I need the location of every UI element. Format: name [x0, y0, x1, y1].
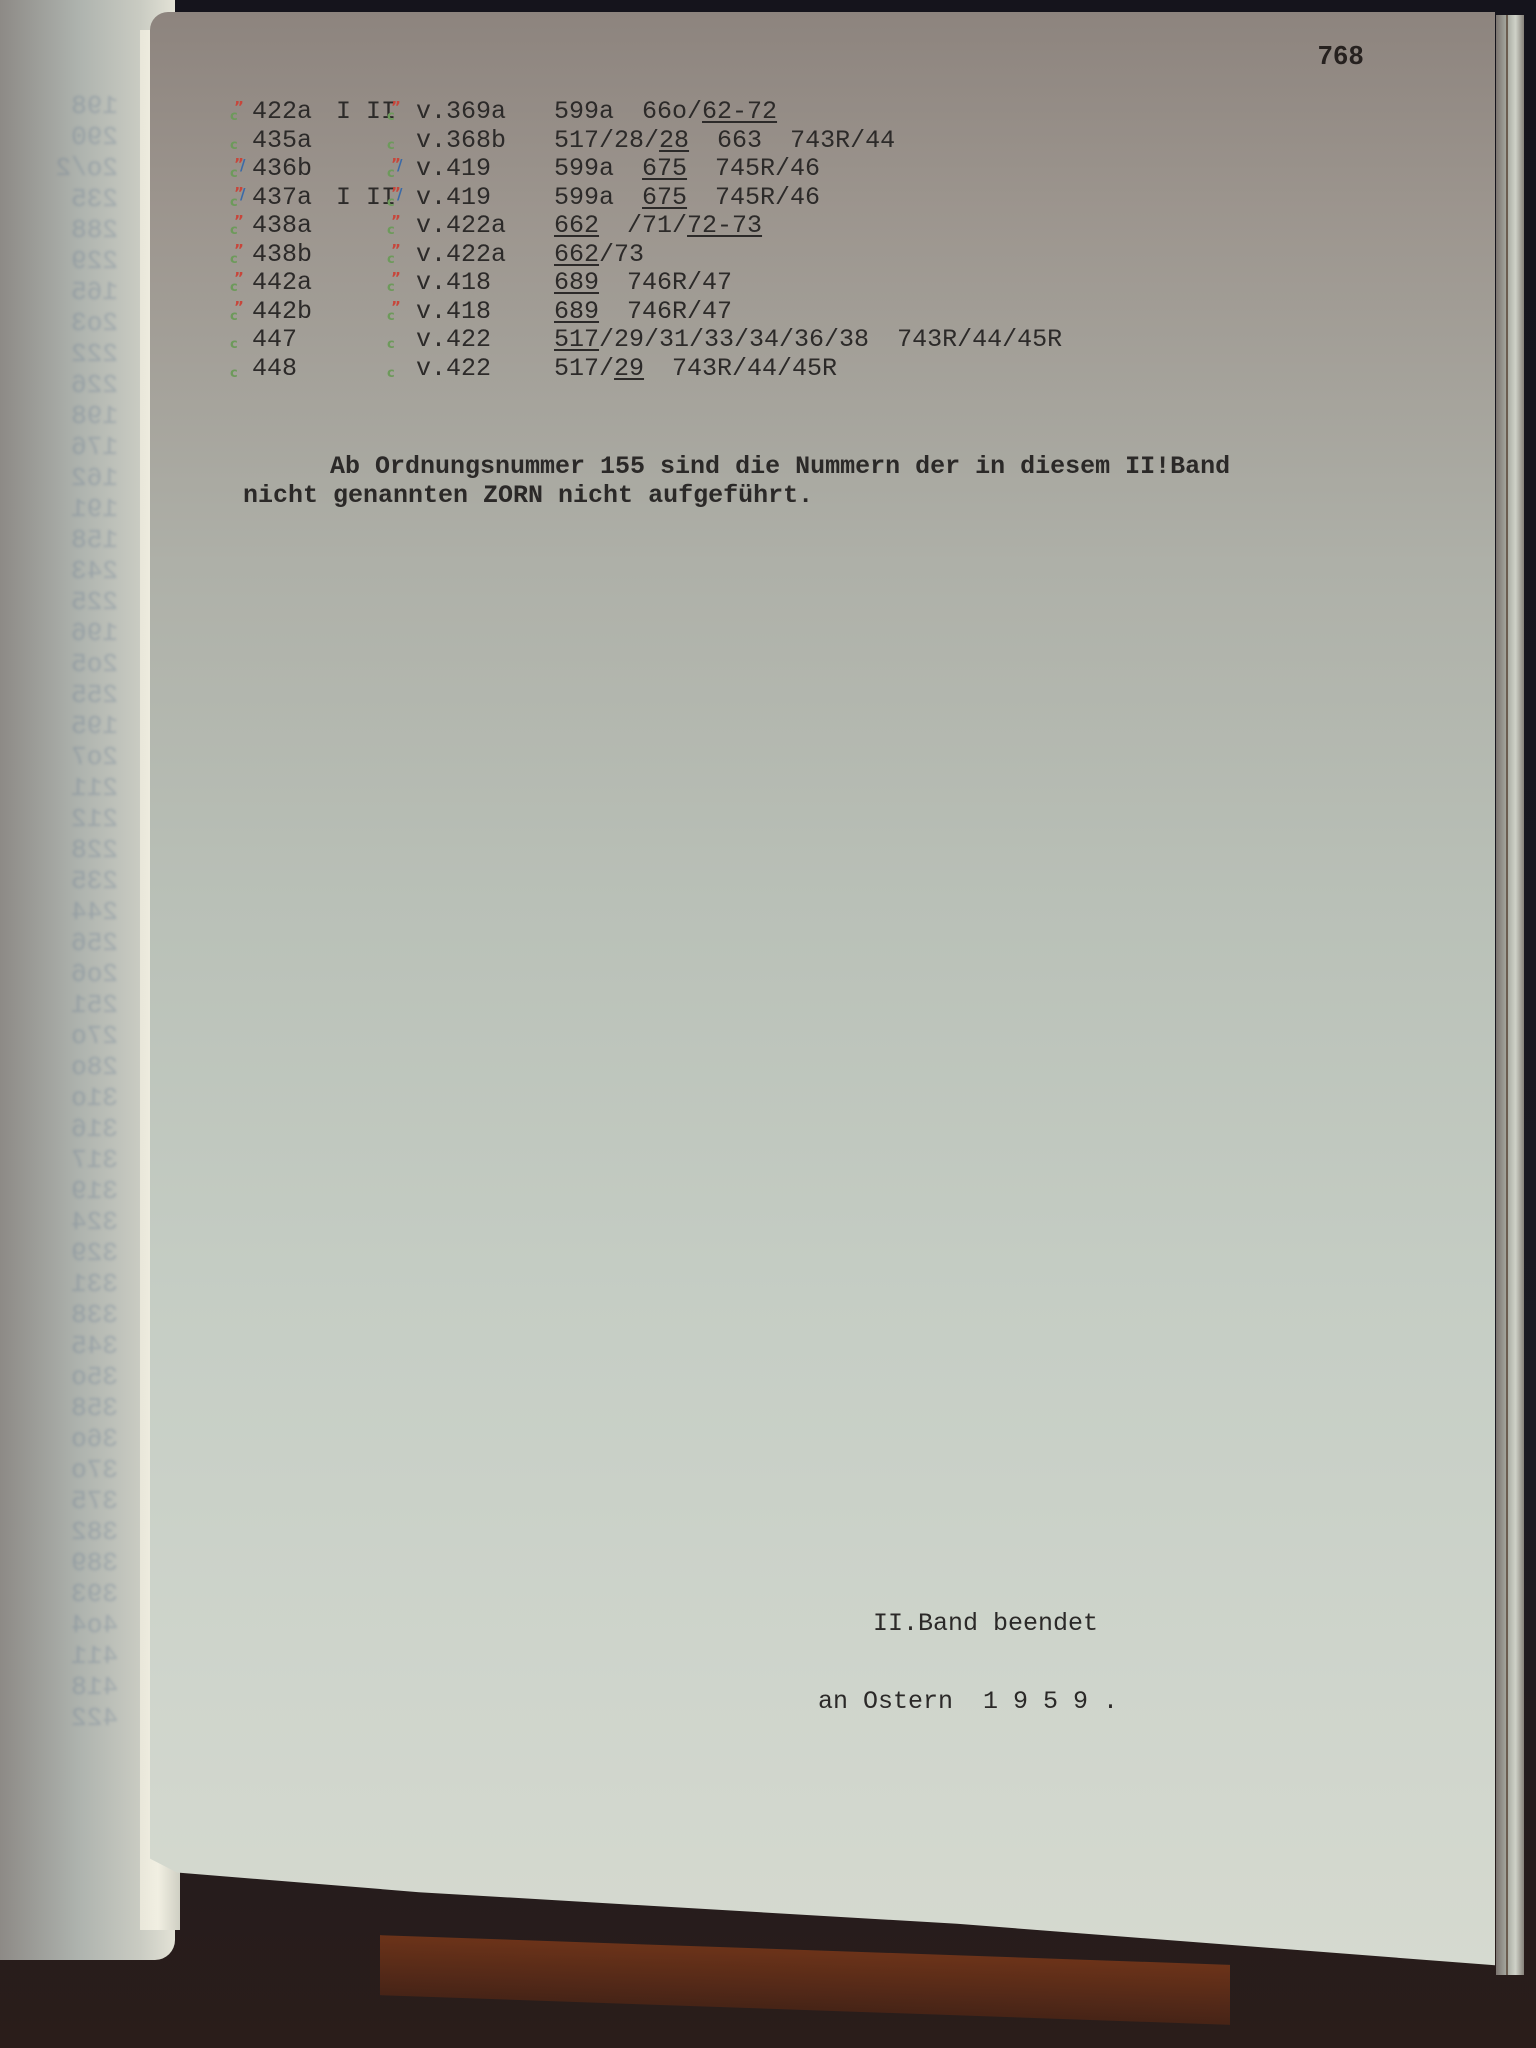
tick-marks: c	[228, 326, 248, 352]
tick-marks: ”c	[228, 298, 248, 324]
page-number: 768	[1318, 40, 1364, 71]
tick-marks: c	[228, 355, 248, 381]
check-mark-green-icon: c	[387, 109, 395, 124]
entry-number: 422a	[252, 98, 312, 126]
check-mark-blue-icon: /	[397, 187, 402, 202]
verse-ref: v.422	[416, 326, 491, 354]
check-mark-green-icon: c	[230, 309, 238, 324]
entry-number: 448	[252, 355, 297, 383]
tick-marks: ”/c	[385, 184, 405, 210]
entry-number: 442b	[252, 298, 312, 326]
reference: 517/29/31/33/34/36/38	[554, 325, 869, 354]
reference: 746R/47	[627, 297, 732, 326]
verse-marks: c	[385, 355, 409, 389]
check-mark-green-icon: c	[230, 138, 238, 153]
page-references: 662/71/72-73	[554, 212, 790, 240]
page-stack-edge	[1496, 15, 1524, 1975]
row-marks: c	[228, 355, 252, 389]
reference: /71/72-73	[627, 211, 762, 240]
bookmark-ribbon	[380, 1935, 1230, 2025]
reference: 599a	[554, 183, 614, 212]
tick-marks: c	[385, 326, 405, 352]
reference: 743R/44/45R	[672, 354, 837, 383]
page-references: 517/29743R/44/45R	[554, 355, 865, 383]
entry-number: 442a	[252, 269, 312, 297]
entry-number: 437a	[252, 184, 312, 212]
reference: 689	[554, 297, 599, 326]
tick-marks: ”c	[385, 212, 405, 238]
check-mark-green-icon: c	[230, 223, 238, 238]
reference: 675	[642, 154, 687, 183]
check-mark-green-icon: c	[230, 166, 238, 181]
check-mark-green-icon: c	[387, 280, 395, 295]
tick-marks: ”/c	[228, 155, 248, 181]
check-mark-green-icon: c	[230, 337, 238, 352]
tick-marks: ”c	[228, 212, 248, 238]
tick-marks: ”c	[385, 269, 405, 295]
page-references: 689746R/47	[554, 298, 760, 326]
page-references: 599a675745R/46	[554, 155, 848, 183]
tick-marks: ”c	[228, 269, 248, 295]
entry-number: 447	[252, 326, 297, 354]
tick-marks: ”c	[385, 98, 405, 124]
check-mark-blue-icon: /	[240, 187, 245, 202]
reference: 66o/62-72	[642, 97, 777, 126]
closing-remark: II.Band beendet an Ostern 1 9 5 9 .	[818, 1559, 1118, 1767]
entry-number: 438b	[252, 241, 312, 269]
tick-marks: ”c	[228, 98, 248, 124]
reference: 743R/44/45R	[897, 325, 1062, 354]
check-mark-green-icon: c	[387, 195, 395, 210]
tick-marks: ”c	[385, 298, 405, 324]
reference: 746R/47	[627, 268, 732, 297]
verse-ref: v.422a	[416, 212, 506, 240]
verse-ref: v.422a	[416, 241, 506, 269]
reference: 675	[642, 183, 687, 212]
check-mark-green-icon: c	[387, 166, 395, 181]
page-references: 599a66o/62-72	[554, 98, 805, 126]
page-references: 599a675745R/46	[554, 184, 848, 212]
page-references: 689746R/47	[554, 269, 760, 297]
reference: 663	[717, 126, 762, 155]
page-references: 517/28/28663743R/44	[554, 127, 923, 155]
tick-marks: ”c	[385, 241, 405, 267]
verse-ref: v.368b	[416, 127, 506, 155]
check-mark-blue-icon: /	[240, 158, 245, 173]
reference: 517/29	[554, 354, 644, 383]
verse-ref: v.369a	[416, 98, 506, 126]
closing-line-2: an Ostern 1 9 5 9 .	[818, 1689, 1118, 1715]
photo-scene: 198 290 2o/2 235 288 229 165 2o3 222 226…	[0, 0, 1536, 2048]
footnote-line-1: Ab Ordnungsnummer 155 sind die Nummern d…	[246, 452, 1376, 481]
verse-ref: v.419	[416, 184, 491, 212]
verse-ref: v.418	[416, 298, 491, 326]
reference: 517/28/28	[554, 126, 689, 155]
tick-marks: c	[385, 127, 405, 153]
reference: 599a	[554, 97, 614, 126]
check-mark-green-icon: c	[230, 252, 238, 267]
footnote-line-2: nicht genannten ZORN nicht aufgeführt.	[243, 481, 1373, 510]
reference: 689	[554, 268, 599, 297]
reference: 745R/46	[715, 154, 820, 183]
reference: 662	[554, 211, 599, 240]
tick-marks: ”/c	[228, 184, 248, 210]
check-mark-green-icon: c	[387, 337, 395, 352]
check-mark-green-icon: c	[230, 280, 238, 295]
check-mark-green-icon: c	[387, 223, 395, 238]
page-references: 662/73	[554, 241, 672, 269]
check-mark-green-icon: c	[230, 195, 238, 210]
verse-ref: v.419	[416, 155, 491, 183]
closing-line-1: II.Band beendet	[818, 1611, 1118, 1637]
footnote: Ab Ordnungsnummer 155 sind die Nummern d…	[246, 452, 1376, 510]
reference: 599a	[554, 154, 614, 183]
reference: 743R/44	[790, 126, 895, 155]
page-references: 517/29/31/33/34/36/38743R/44/45R	[554, 326, 1090, 354]
entry-number: 436b	[252, 155, 312, 183]
verse-ref: v.418	[416, 269, 491, 297]
entry-number: 438a	[252, 212, 312, 240]
entry-number: 435a	[252, 127, 312, 155]
check-mark-green-icon: c	[387, 366, 395, 381]
check-mark-green-icon: c	[230, 366, 238, 381]
verse-ref: v.422	[416, 355, 491, 383]
check-mark-blue-icon: /	[397, 158, 402, 173]
check-mark-green-icon: c	[230, 109, 238, 124]
show-through-text: 198 290 2o/2 235 288 229 165 2o3 222 226…	[8, 60, 118, 1920]
tick-marks: c	[228, 127, 248, 153]
tick-marks: ”/c	[385, 155, 405, 181]
reference: 745R/46	[715, 183, 820, 212]
tick-marks: c	[385, 355, 405, 381]
check-mark-green-icon: c	[387, 138, 395, 153]
check-mark-green-icon: c	[387, 252, 395, 267]
check-mark-green-icon: c	[387, 309, 395, 324]
tick-marks: ”c	[228, 241, 248, 267]
reference: 662/73	[554, 240, 644, 269]
